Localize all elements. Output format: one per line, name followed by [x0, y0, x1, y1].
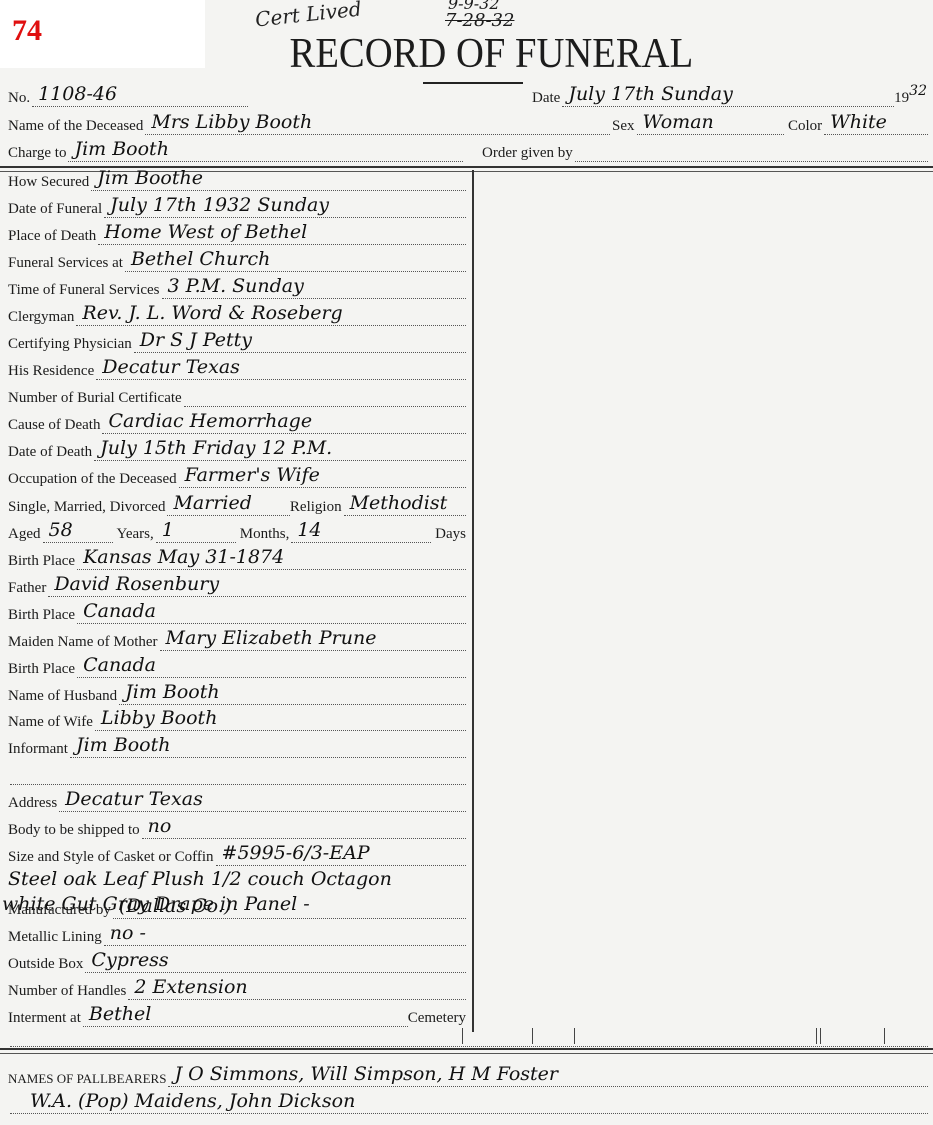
interment-field: Interment at Bethel Cemetery [8, 1008, 466, 1027]
date-value: July 17th Sunday [568, 83, 733, 105]
field-value: Jim Booth [125, 681, 219, 703]
field-label: Number of Burial Certificate [8, 390, 182, 407]
pallbearers-line-1: J O Simmons, Will Simpson, H M Foster [174, 1063, 558, 1085]
field-value: Bethel Church [131, 248, 270, 270]
form-field: Date of FuneralJuly 17th 1932 Sunday [8, 199, 466, 218]
field-value: David Rosenbury [54, 573, 219, 595]
field-value: Dr S J Petty [140, 329, 252, 351]
record-number-label: No. [8, 90, 30, 107]
pallbearers-line-2: W.A. (Pop) Maidens, John Dickson [30, 1090, 355, 1112]
field-value: Home West of Bethel [104, 221, 307, 243]
ledger-line [8, 1028, 928, 1047]
form-field: Time of Funeral Services3 P.M. Sunday [8, 280, 466, 299]
field-label: Clergyman [8, 309, 74, 326]
field-label: Occupation of the Deceased [8, 471, 177, 488]
field-label: Father [8, 580, 46, 597]
form-field: Outside BoxCypress [8, 954, 466, 973]
field-value: Mary Elizabeth Prune [166, 627, 377, 649]
form-field: Number of Burial Certificate [8, 388, 466, 407]
date-field: Date July 17th Sunday 19 32 [532, 88, 927, 107]
deceased-name-value: Mrs Libby Booth [151, 111, 312, 133]
religion-value: Methodist [350, 492, 448, 514]
casket-note-line-1: Steel oak Leaf Plush 1/2 couch Octagon [8, 868, 392, 890]
date-label: Date [532, 90, 560, 107]
years-label: Years, [117, 526, 154, 543]
field-value: Libby Booth [101, 707, 218, 729]
page-number: 74 [12, 14, 42, 48]
form-field: Manufactured by(Dallas Co.) [8, 900, 466, 919]
form-field: Birth PlaceKansas May 31-1874 [8, 551, 466, 570]
field-label: Place of Death [8, 228, 96, 245]
field-label: Time of Funeral Services [8, 282, 160, 299]
form-field: Number of Handles2 Extension [8, 981, 466, 1000]
marital-status-field: Single, Married, Divorced Married Religi… [8, 497, 466, 516]
field-label: Maiden Name of Mother [8, 634, 158, 651]
page-title: RECORD OF FUNERAL [39, 30, 897, 78]
field-label: Name of Wife [8, 714, 93, 731]
sex-field: Sex Woman [612, 116, 784, 135]
sex-label: Sex [612, 118, 635, 135]
age-months-value: 1 [162, 519, 174, 541]
field-value: Cypress [91, 949, 168, 971]
field-label: Address [8, 795, 57, 812]
field-value: Decatur Texas [65, 788, 203, 810]
field-label: Date of Death [8, 444, 92, 461]
certificate-note: Cert Lived [254, 0, 363, 32]
form-field: Metallic Liningno - [8, 927, 466, 946]
form-field [8, 766, 466, 785]
age-years-value: 58 [49, 519, 73, 541]
form-field: Date of DeathJuly 15th Friday 12 P.M. [8, 442, 466, 461]
field-value: 2 Extension [134, 976, 247, 998]
religion-label: Religion [290, 499, 342, 516]
field-value: #5995-6/3-EAP [222, 842, 370, 864]
certificate-date-struck: 7-28-32 [445, 10, 514, 31]
field-value: Jim Boothe [97, 167, 203, 189]
field-label: Metallic Lining [8, 929, 102, 946]
form-field: Size and Style of Casket or Coffin#5995-… [8, 847, 466, 866]
field-label: Size and Style of Casket or Coffin [8, 849, 214, 866]
field-value: Decatur Texas [102, 356, 240, 378]
charge-to-value: Jim Booth [74, 138, 168, 160]
column-divider [472, 170, 474, 1032]
field-value: (Dallas Co.) [119, 895, 231, 917]
form-field: Birth PlaceCanada [8, 605, 466, 624]
field-value: Farmer's Wife [185, 464, 320, 486]
field-label: Manufactured by [8, 902, 111, 919]
field-value: no [148, 815, 172, 837]
form-field: How SecuredJim Boothe [8, 172, 466, 191]
field-label: Cause of Death [8, 417, 100, 434]
form-field: Occupation of the DeceasedFarmer's Wife [8, 469, 466, 488]
form-field: Birth PlaceCanada [8, 659, 466, 678]
form-field: Certifying PhysicianDr S J Petty [8, 334, 466, 353]
marital-status-value: Married [173, 492, 251, 514]
form-field: FatherDavid Rosenbury [8, 578, 466, 597]
field-value: Canada [83, 654, 156, 676]
field-label: Birth Place [8, 607, 75, 624]
color-value: White [830, 111, 887, 133]
field-label: Certifying Physician [8, 336, 132, 353]
field-value: 3 P.M. Sunday [168, 275, 304, 297]
title-divider [423, 82, 523, 84]
deceased-name-label: Name of the Deceased [8, 118, 143, 135]
field-label: His Residence [8, 363, 94, 380]
field-label: Body to be shipped to [8, 822, 140, 839]
form-field: Name of WifeLibby Booth [8, 712, 466, 731]
color-field: Color White [788, 116, 928, 135]
field-value: Jim Booth [76, 734, 170, 756]
field-label: Birth Place [8, 553, 75, 570]
months-label: Months, [240, 526, 290, 543]
deceased-name-field: Name of the Deceased Mrs Libby Booth [8, 116, 610, 135]
field-label: How Secured [8, 174, 89, 191]
pallbearers-label: NAMES OF PALLBEARERS [8, 1071, 166, 1087]
field-label: Date of Funeral [8, 201, 102, 218]
pallbearers-continuation: W.A. (Pop) Maidens, John Dickson [8, 1095, 928, 1114]
date-year-prefix: 19 [894, 90, 909, 107]
order-given-by-field: Order given by [482, 143, 928, 162]
field-label: Name of Husband [8, 688, 117, 705]
field-value: Canada [83, 600, 156, 622]
form-field: InformantJim Booth [8, 739, 466, 758]
record-number-field: No. 1108-46 [8, 88, 248, 107]
field-value: no - [110, 922, 146, 944]
field-label: Birth Place [8, 661, 75, 678]
interment-value: Bethel [89, 1003, 151, 1025]
charge-to-label: Charge to [8, 145, 66, 162]
aged-label: Aged [8, 526, 41, 543]
form-field: AddressDecatur Texas [8, 793, 466, 812]
form-field: Funeral Services atBethel Church [8, 253, 466, 272]
age-field: Aged 58 Years, 1 Months, 14 Days [8, 524, 466, 543]
cemetery-label: Cemetery [408, 1010, 466, 1027]
date-year-suffix: 32 [909, 83, 927, 99]
field-value: July 17th 1932 Sunday [110, 194, 329, 216]
field-label: Informant [8, 741, 68, 758]
days-label: Days [435, 526, 466, 543]
record-number-value: 1108-46 [38, 83, 117, 105]
pallbearers-field: NAMES OF PALLBEARERS J O Simmons, Will S… [8, 1068, 928, 1087]
form-field: His ResidenceDecatur Texas [8, 361, 466, 380]
order-given-by-label: Order given by [482, 145, 573, 162]
field-label: Number of Handles [8, 983, 126, 1000]
footer-divider [0, 1048, 933, 1054]
form-field: Place of DeathHome West of Bethel [8, 226, 466, 245]
age-days-value: 14 [297, 519, 321, 541]
marital-status-label: Single, Married, Divorced [8, 499, 165, 516]
form-field: ClergymanRev. J. L. Word & Roseberg [8, 307, 466, 326]
color-label: Color [788, 118, 822, 135]
field-value: Kansas May 31-1874 [83, 546, 284, 568]
interment-label: Interment at [8, 1010, 81, 1027]
field-label: Outside Box [8, 956, 83, 973]
sex-value: Woman [643, 111, 714, 133]
form-field: Name of HusbandJim Booth [8, 686, 466, 705]
field-label: Funeral Services at [8, 255, 123, 272]
field-value: Cardiac Hemorrhage [108, 410, 312, 432]
field-value: Rev. J. L. Word & Roseberg [82, 302, 342, 324]
field-value: July 15th Friday 12 P.M. [100, 437, 332, 459]
form-field: Cause of DeathCardiac Hemorrhage [8, 415, 466, 434]
charge-to-field: Charge to Jim Booth [8, 143, 463, 162]
form-field: Maiden Name of MotherMary Elizabeth Prun… [8, 632, 466, 651]
form-field: Body to be shipped tono [8, 820, 466, 839]
